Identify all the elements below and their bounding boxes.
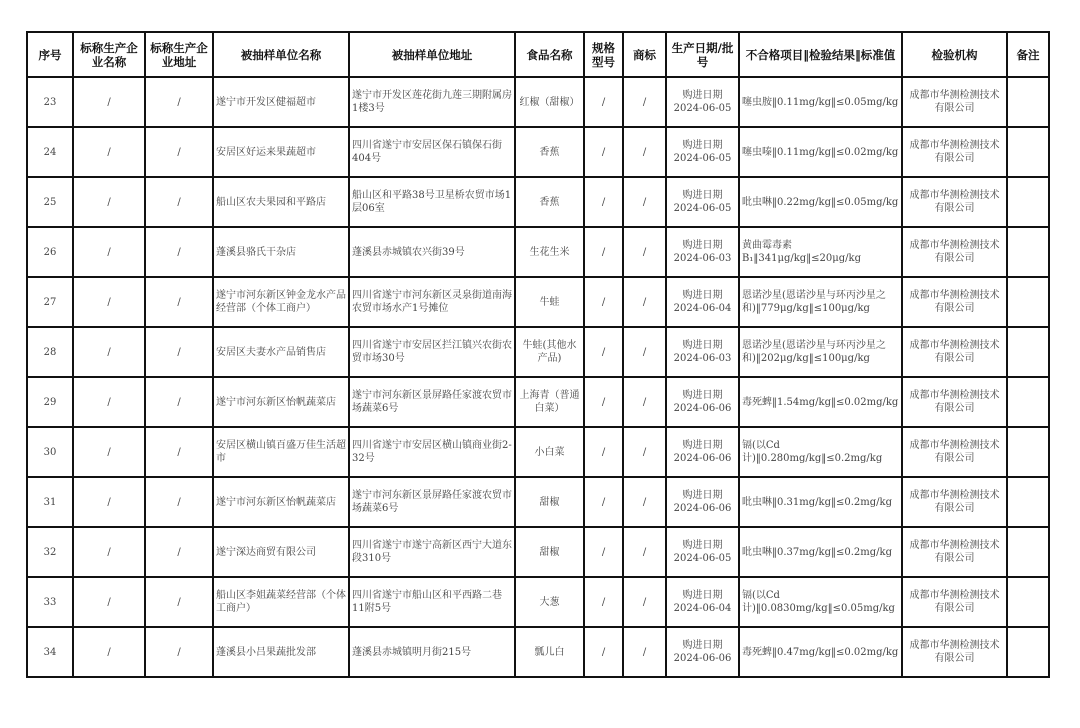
cell-org: 成都市华测检测技术有限公司 bbox=[902, 327, 1007, 377]
cell-unit-name: 遂宁市河东新区怡帆蔬菜店 bbox=[213, 377, 349, 427]
cell-org: 成都市华测检测技术有限公司 bbox=[902, 477, 1007, 527]
cell-org: 成都市华测检测技术有限公司 bbox=[902, 227, 1007, 277]
header-date: 生产日期/批号 bbox=[666, 32, 739, 77]
cell-no: 33 bbox=[27, 577, 73, 627]
table-row: 24 / / 安居区好运来果蔬超市 四川省遂宁市安居区保石镇保石街404号 香蕉… bbox=[27, 127, 1049, 177]
cell-no: 27 bbox=[27, 277, 73, 327]
header-note: 备注 bbox=[1007, 32, 1049, 77]
cell-item: 吡虫啉‖0.22mg/kg‖≤0.05mg/kg bbox=[739, 177, 902, 227]
cell-mfr-addr: / bbox=[145, 127, 213, 177]
cell-unit-addr: 遂宁市河东新区景屏路任家渡农贸市场蔬菜6号 bbox=[349, 377, 515, 427]
header-no: 序号 bbox=[27, 32, 73, 77]
cell-date: 购进日期 2024-06-05 bbox=[666, 527, 739, 577]
cell-food: 甜椒 bbox=[515, 477, 584, 527]
cell-unit-addr: 四川省遂宁市安居区横山镇商业街2-32号 bbox=[349, 427, 515, 477]
cell-date: 购进日期 2024-06-06 bbox=[666, 477, 739, 527]
table-row: 33 / / 船山区李姐蔬菜经营部（个体工商户） 四川省遂宁市船山区和平西路二巷… bbox=[27, 577, 1049, 627]
cell-no: 24 bbox=[27, 127, 73, 177]
table-row: 34 / / 蓬溪县小吕果蔬批发部 蓬溪县赤城镇明月街215号 瓢儿白 / / … bbox=[27, 627, 1049, 677]
cell-note bbox=[1007, 477, 1049, 527]
cell-spec: / bbox=[584, 277, 623, 327]
cell-brand: / bbox=[623, 527, 666, 577]
cell-item: 黄曲霉毒素B₁‖341μg/kg‖≤20μg/kg bbox=[739, 227, 902, 277]
cell-food: 瓢儿白 bbox=[515, 627, 584, 677]
cell-food: 大葱 bbox=[515, 577, 584, 627]
cell-spec: / bbox=[584, 127, 623, 177]
cell-org: 成都市华测检测技术有限公司 bbox=[902, 177, 1007, 227]
cell-note bbox=[1007, 377, 1049, 427]
table-row: 32 / / 遂宁深达商贸有限公司 四川省遂宁市遂宁高新区西宁大道东段310号 … bbox=[27, 527, 1049, 577]
cell-brand: / bbox=[623, 227, 666, 277]
cell-mfr-addr: / bbox=[145, 627, 213, 677]
cell-unit-name: 蓬溪县小吕果蔬批发部 bbox=[213, 627, 349, 677]
cell-food: 牛蛙(其他水产品) bbox=[515, 327, 584, 377]
cell-mfr-name: / bbox=[73, 127, 145, 177]
cell-spec: / bbox=[584, 77, 623, 127]
cell-unit-addr: 四川省遂宁市安居区拦江镇兴农街农贸市场30号 bbox=[349, 327, 515, 377]
table-row: 25 / / 船山区农夫果园和平路店 船山区和平路38号卫星桥农贸市场1层06室… bbox=[27, 177, 1049, 227]
cell-date: 购进日期 2024-06-06 bbox=[666, 627, 739, 677]
cell-date: 购进日期 2024-06-06 bbox=[666, 427, 739, 477]
header-unit-addr: 被抽样单位地址 bbox=[349, 32, 515, 77]
cell-unit-addr: 四川省遂宁市河东新区灵泉街道南海农贸市场水产1号摊位 bbox=[349, 277, 515, 327]
cell-brand: / bbox=[623, 177, 666, 227]
header-org: 检验机构 bbox=[902, 32, 1007, 77]
cell-mfr-name: / bbox=[73, 177, 145, 227]
cell-mfr-name: / bbox=[73, 577, 145, 627]
cell-spec: / bbox=[584, 427, 623, 477]
cell-food: 香蕉 bbox=[515, 127, 584, 177]
cell-unit-addr: 遂宁市开发区莲花街九莲三期附属房1楼3号 bbox=[349, 77, 515, 127]
cell-note bbox=[1007, 427, 1049, 477]
header-mfr-name: 标称生产企业名称 bbox=[73, 32, 145, 77]
cell-mfr-name: / bbox=[73, 527, 145, 577]
cell-unit-name: 遂宁市河东新区钟金龙水产品经营部（个体工商户） bbox=[213, 277, 349, 327]
cell-brand: / bbox=[623, 477, 666, 527]
cell-unit-addr: 遂宁市河东新区景屏路任家渡农贸市场蔬菜6号 bbox=[349, 477, 515, 527]
cell-food: 香蕉 bbox=[515, 177, 584, 227]
cell-food: 红椒（甜椒） bbox=[515, 77, 584, 127]
cell-spec: / bbox=[584, 377, 623, 427]
cell-item: 噻虫嗪‖0.11mg/kg‖≤0.02mg/kg bbox=[739, 127, 902, 177]
cell-unit-name: 遂宁市开发区健福超市 bbox=[213, 77, 349, 127]
cell-no: 31 bbox=[27, 477, 73, 527]
cell-item: 吡虫啉‖0.31mg/kg‖≤0.2mg/kg bbox=[739, 477, 902, 527]
cell-item: 镉(以Cd计)‖0.280mg/kg‖≤0.2mg/kg bbox=[739, 427, 902, 477]
cell-unit-name: 遂宁市河东新区怡帆蔬菜店 bbox=[213, 477, 349, 527]
cell-mfr-addr: / bbox=[145, 377, 213, 427]
cell-brand: / bbox=[623, 277, 666, 327]
header-row: 序号 标称生产企业名称 标称生产企业地址 被抽样单位名称 被抽样单位地址 食品名… bbox=[27, 32, 1049, 77]
cell-mfr-name: / bbox=[73, 427, 145, 477]
cell-brand: / bbox=[623, 427, 666, 477]
cell-food: 上海青（普通白菜） bbox=[515, 377, 584, 427]
cell-mfr-name: / bbox=[73, 227, 145, 277]
cell-mfr-addr: / bbox=[145, 577, 213, 627]
header-mfr-addr: 标称生产企业地址 bbox=[145, 32, 213, 77]
cell-spec: / bbox=[584, 177, 623, 227]
cell-mfr-addr: / bbox=[145, 477, 213, 527]
cell-no: 25 bbox=[27, 177, 73, 227]
cell-date: 购进日期 2024-06-04 bbox=[666, 277, 739, 327]
cell-date: 购进日期 2024-06-06 bbox=[666, 377, 739, 427]
cell-unit-addr: 船山区和平路38号卫星桥农贸市场1层06室 bbox=[349, 177, 515, 227]
cell-no: 29 bbox=[27, 377, 73, 427]
cell-no: 32 bbox=[27, 527, 73, 577]
table-row: 28 / / 安居区夫妻水产品销售店 四川省遂宁市安居区拦江镇兴农街农贸市场30… bbox=[27, 327, 1049, 377]
cell-date: 购进日期 2024-06-05 bbox=[666, 127, 739, 177]
cell-food: 小白菜 bbox=[515, 427, 584, 477]
cell-unit-name: 遂宁深达商贸有限公司 bbox=[213, 527, 349, 577]
cell-mfr-addr: / bbox=[145, 227, 213, 277]
cell-org: 成都市华测检测技术有限公司 bbox=[902, 77, 1007, 127]
cell-unit-name: 安居区好运来果蔬超市 bbox=[213, 127, 349, 177]
table-row: 27 / / 遂宁市河东新区钟金龙水产品经营部（个体工商户） 四川省遂宁市河东新… bbox=[27, 277, 1049, 327]
cell-unit-addr: 四川省遂宁市船山区和平西路二巷11附5号 bbox=[349, 577, 515, 627]
cell-brand: / bbox=[623, 127, 666, 177]
inspection-results-table: 序号 标称生产企业名称 标称生产企业地址 被抽样单位名称 被抽样单位地址 食品名… bbox=[26, 31, 1050, 678]
cell-mfr-addr: / bbox=[145, 427, 213, 477]
cell-org: 成都市华测检测技术有限公司 bbox=[902, 627, 1007, 677]
cell-date: 购进日期 2024-06-05 bbox=[666, 177, 739, 227]
cell-org: 成都市华测检测技术有限公司 bbox=[902, 377, 1007, 427]
cell-mfr-name: / bbox=[73, 477, 145, 527]
cell-food: 牛蛙 bbox=[515, 277, 584, 327]
cell-unit-name: 船山区李姐蔬菜经营部（个体工商户） bbox=[213, 577, 349, 627]
table-row: 29 / / 遂宁市河东新区怡帆蔬菜店 遂宁市河东新区景屏路任家渡农贸市场蔬菜6… bbox=[27, 377, 1049, 427]
cell-mfr-name: / bbox=[73, 627, 145, 677]
cell-mfr-name: / bbox=[73, 327, 145, 377]
cell-date: 购进日期 2024-06-05 bbox=[666, 77, 739, 127]
cell-no: 26 bbox=[27, 227, 73, 277]
cell-mfr-addr: / bbox=[145, 327, 213, 377]
cell-org: 成都市华测检测技术有限公司 bbox=[902, 527, 1007, 577]
cell-mfr-addr: / bbox=[145, 177, 213, 227]
table-row: 26 / / 蓬溪县骆氏干杂店 蓬溪县赤城镇农兴街39号 生花生米 / / 购进… bbox=[27, 227, 1049, 277]
cell-org: 成都市华测检测技术有限公司 bbox=[902, 577, 1007, 627]
cell-org: 成都市华测检测技术有限公司 bbox=[902, 427, 1007, 477]
cell-spec: / bbox=[584, 327, 623, 377]
cell-mfr-addr: / bbox=[145, 77, 213, 127]
cell-mfr-name: / bbox=[73, 277, 145, 327]
cell-brand: / bbox=[623, 577, 666, 627]
cell-spec: / bbox=[584, 627, 623, 677]
cell-note bbox=[1007, 577, 1049, 627]
cell-mfr-addr: / bbox=[145, 277, 213, 327]
cell-item: 镉(以Cd计)‖0.0830mg/kg‖≤0.05mg/kg bbox=[739, 577, 902, 627]
cell-food: 甜椒 bbox=[515, 527, 584, 577]
header-food: 食品名称 bbox=[515, 32, 584, 77]
cell-unit-name: 船山区农夫果园和平路店 bbox=[213, 177, 349, 227]
cell-item: 恩诺沙星(恩诺沙星与环丙沙星之和)‖202μg/kg‖≤100μg/kg bbox=[739, 327, 902, 377]
cell-date: 购进日期 2024-06-03 bbox=[666, 327, 739, 377]
cell-no: 34 bbox=[27, 627, 73, 677]
cell-note bbox=[1007, 77, 1049, 127]
cell-unit-addr: 蓬溪县赤城镇农兴街39号 bbox=[349, 227, 515, 277]
cell-date: 购进日期 2024-06-03 bbox=[666, 227, 739, 277]
cell-unit-addr: 四川省遂宁市安居区保石镇保石街404号 bbox=[349, 127, 515, 177]
header-brand: 商标 bbox=[623, 32, 666, 77]
cell-date: 购进日期 2024-06-04 bbox=[666, 577, 739, 627]
cell-note bbox=[1007, 127, 1049, 177]
header-spec: 规格型号 bbox=[584, 32, 623, 77]
header-unit-name: 被抽样单位名称 bbox=[213, 32, 349, 77]
cell-spec: / bbox=[584, 227, 623, 277]
cell-brand: / bbox=[623, 77, 666, 127]
cell-unit-name: 安居区横山镇百盛万佳生活超市 bbox=[213, 427, 349, 477]
cell-note bbox=[1007, 277, 1049, 327]
header-item: 不合格项目‖检验结果‖标准值 bbox=[739, 32, 902, 77]
cell-no: 30 bbox=[27, 427, 73, 477]
cell-unit-name: 蓬溪县骆氏干杂店 bbox=[213, 227, 349, 277]
cell-item: 噻虫胺‖0.11mg/kg‖≤0.05mg/kg bbox=[739, 77, 902, 127]
cell-brand: / bbox=[623, 627, 666, 677]
table-row: 31 / / 遂宁市河东新区怡帆蔬菜店 遂宁市河东新区景屏路任家渡农贸市场蔬菜6… bbox=[27, 477, 1049, 527]
table-row: 30 / / 安居区横山镇百盛万佳生活超市 四川省遂宁市安居区横山镇商业街2-3… bbox=[27, 427, 1049, 477]
table-row: 23 / / 遂宁市开发区健福超市 遂宁市开发区莲花街九莲三期附属房1楼3号 红… bbox=[27, 77, 1049, 127]
cell-note bbox=[1007, 227, 1049, 277]
cell-unit-name: 安居区夫妻水产品销售店 bbox=[213, 327, 349, 377]
cell-unit-addr: 四川省遂宁市遂宁高新区西宁大道东段310号 bbox=[349, 527, 515, 577]
cell-spec: / bbox=[584, 577, 623, 627]
cell-food: 生花生米 bbox=[515, 227, 584, 277]
cell-brand: / bbox=[623, 327, 666, 377]
cell-brand: / bbox=[623, 377, 666, 427]
cell-item: 毒死蜱‖0.47mg/kg‖≤0.02mg/kg bbox=[739, 627, 902, 677]
cell-item: 吡虫啉‖0.37mg/kg‖≤0.2mg/kg bbox=[739, 527, 902, 577]
cell-spec: / bbox=[584, 527, 623, 577]
cell-mfr-name: / bbox=[73, 377, 145, 427]
cell-item: 恩诺沙星(恩诺沙星与环丙沙星之和)‖779μg/kg‖≤100μg/kg bbox=[739, 277, 902, 327]
cell-org: 成都市华测检测技术有限公司 bbox=[902, 277, 1007, 327]
cell-note bbox=[1007, 327, 1049, 377]
cell-note bbox=[1007, 177, 1049, 227]
cell-no: 23 bbox=[27, 77, 73, 127]
cell-spec: / bbox=[584, 477, 623, 527]
cell-note bbox=[1007, 527, 1049, 577]
cell-unit-addr: 蓬溪县赤城镇明月街215号 bbox=[349, 627, 515, 677]
cell-mfr-name: / bbox=[73, 77, 145, 127]
cell-no: 28 bbox=[27, 327, 73, 377]
cell-mfr-addr: / bbox=[145, 527, 213, 577]
cell-org: 成都市华测检测技术有限公司 bbox=[902, 127, 1007, 177]
cell-note bbox=[1007, 627, 1049, 677]
cell-item: 毒死蜱‖1.54mg/kg‖≤0.02mg/kg bbox=[739, 377, 902, 427]
